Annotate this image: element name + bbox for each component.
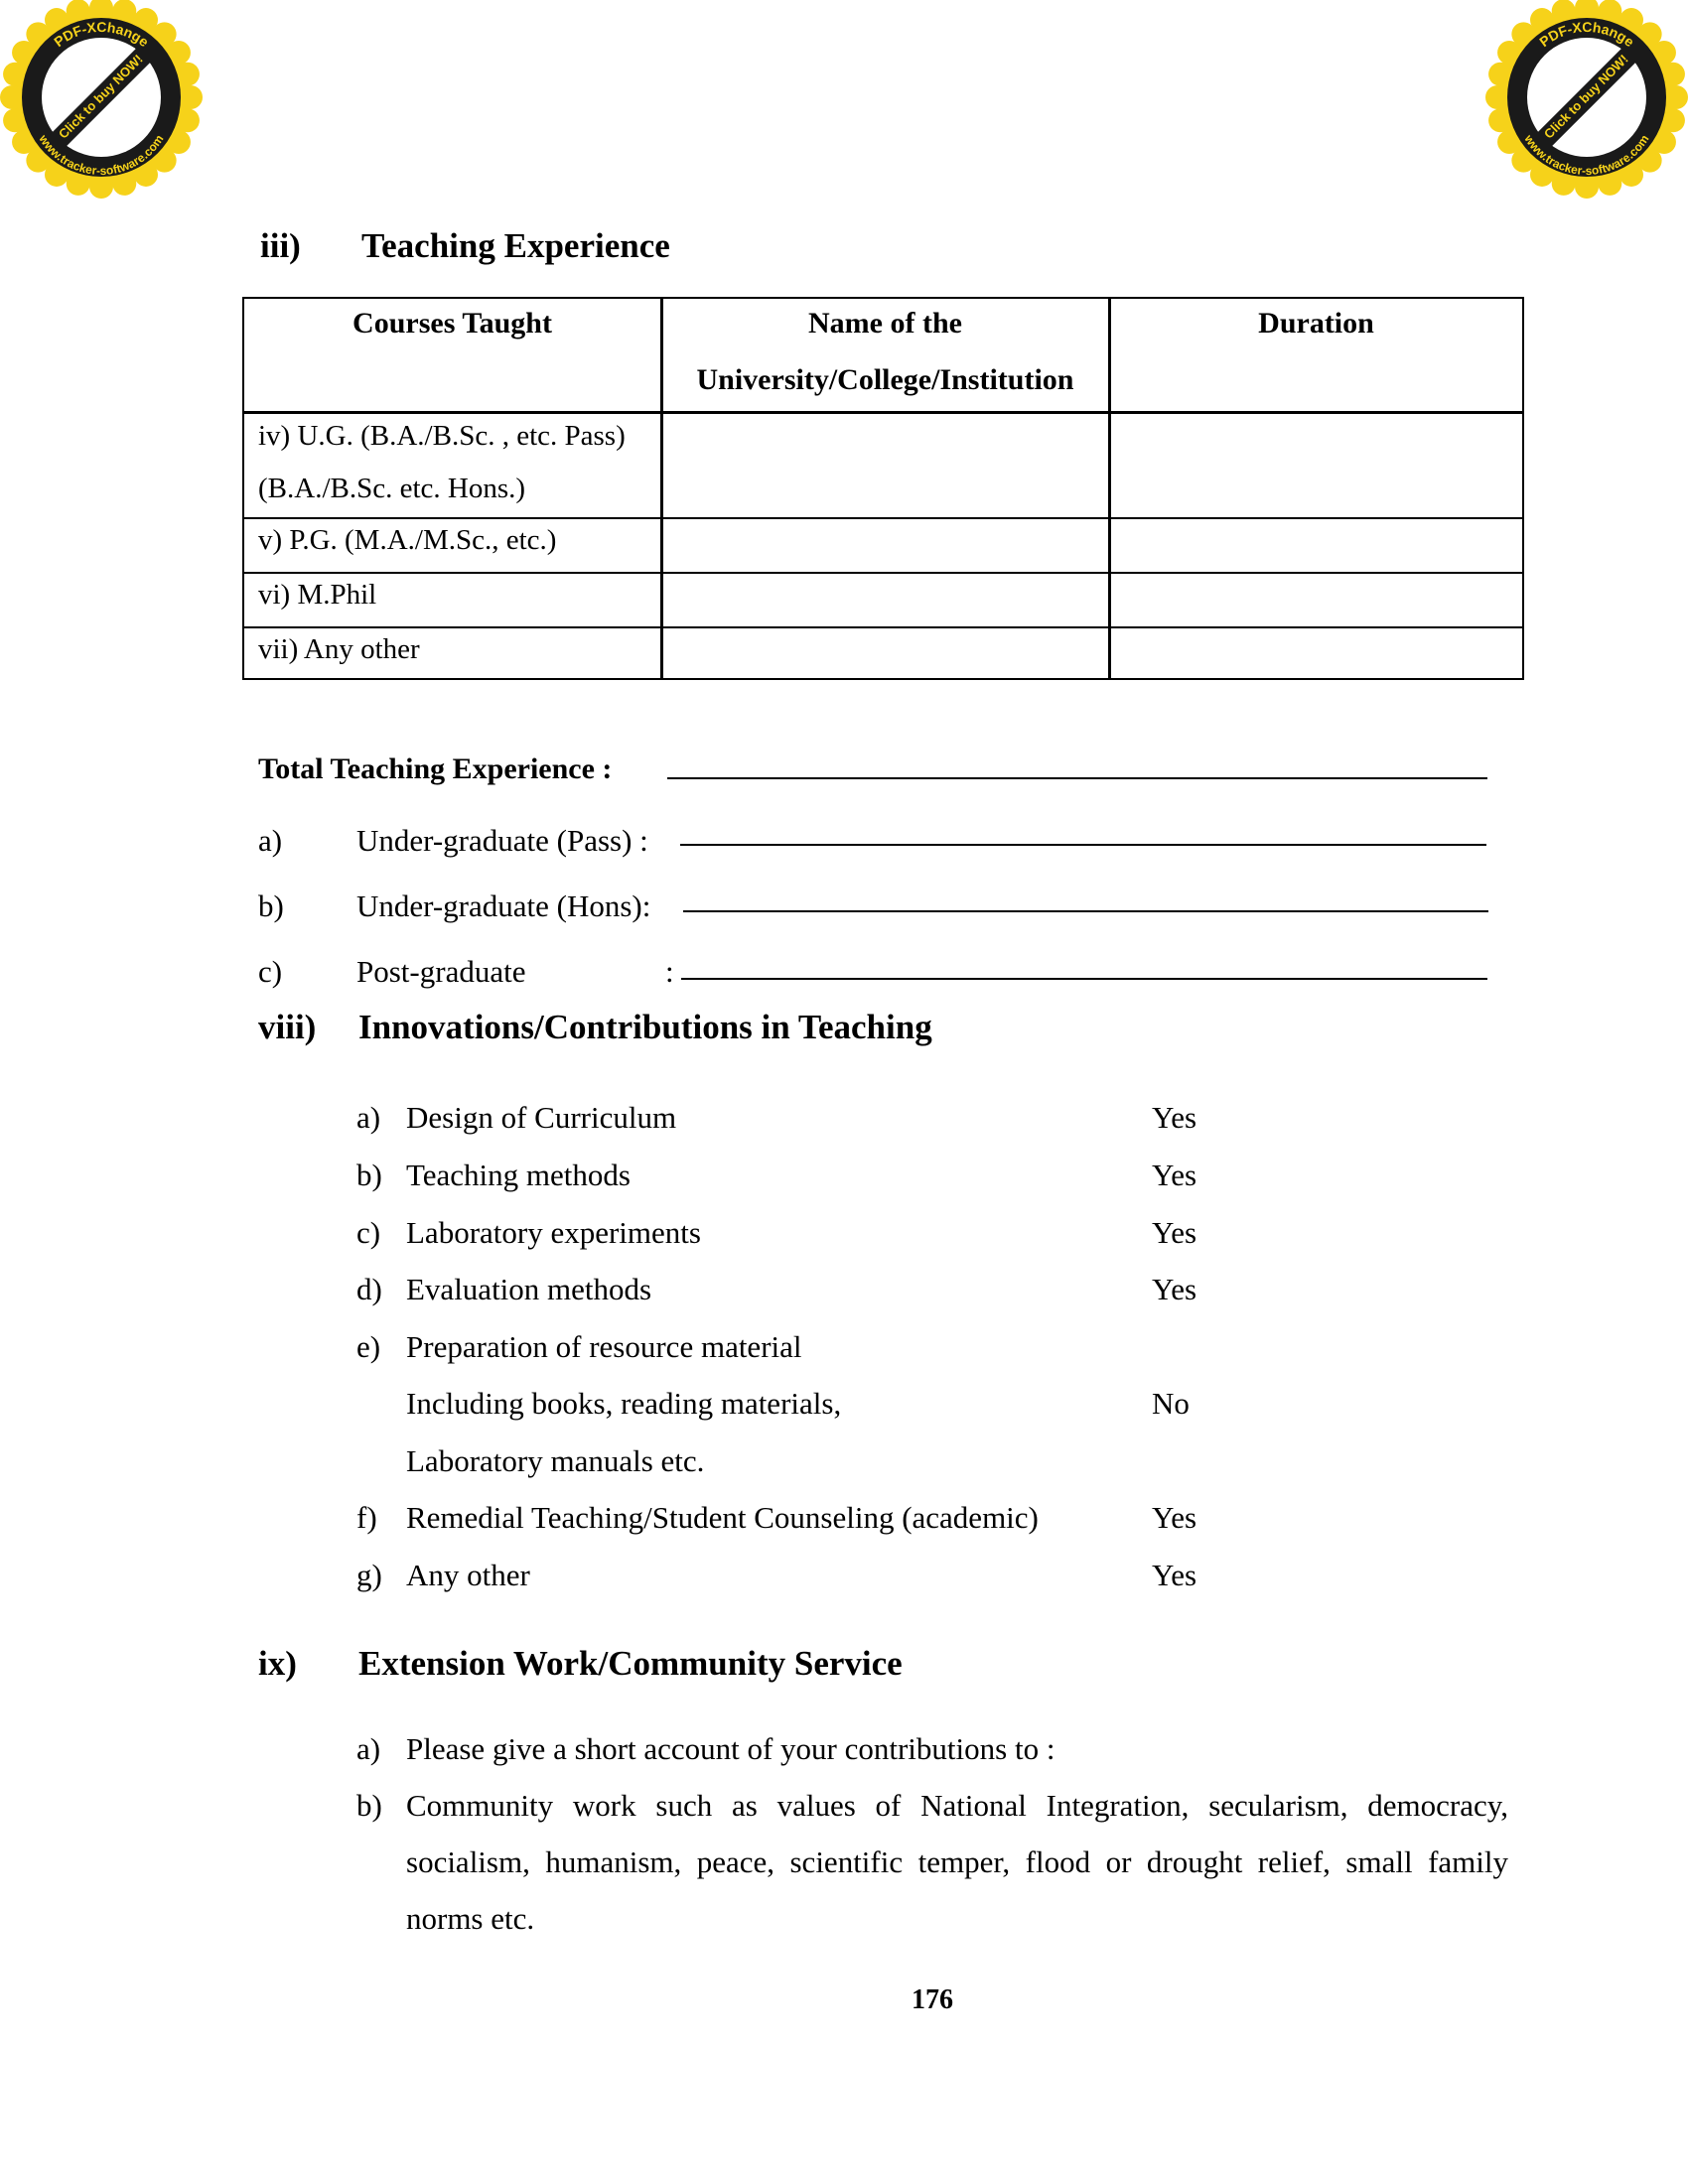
pg-field[interactable] — [681, 978, 1487, 980]
section-title-extension: Extension Work/Community Service — [358, 1644, 903, 1684]
list-marker: d) — [356, 1272, 382, 1307]
list-marker: f) — [356, 1500, 377, 1536]
ug-pass-label: Under-graduate (Pass) : — [356, 823, 648, 859]
total-experience-field[interactable] — [667, 777, 1487, 779]
list-item-label: Design of Curriculum — [406, 1100, 676, 1136]
list-item-label: Preparation of resource material — [406, 1329, 802, 1365]
section-title-innovations: Innovations/Contributions in Teaching — [358, 1008, 932, 1047]
pg-label: Post-graduate — [356, 954, 525, 990]
section-number-extension: ix) — [258, 1644, 297, 1684]
pg-colon: : — [665, 954, 674, 990]
list-item-answer: No — [1152, 1386, 1190, 1422]
total-experience-label: Total Teaching Experience : — [258, 751, 612, 787]
list-item-label: Remedial Teaching/Student Counseling (ac… — [406, 1500, 1039, 1536]
pdf-xchange-badge-left[interactable]: Click to buy NOW! PDF-XChange www.tracke… — [0, 0, 206, 202]
table-cell-institution-input[interactable] — [662, 414, 1108, 517]
extension-item-text: Please give a short account of your cont… — [406, 1731, 1055, 1767]
ug-hons-label: Under-graduate (Hons): — [356, 888, 650, 924]
page-number: 176 — [912, 1982, 953, 2018]
list-item-answer: Yes — [1152, 1100, 1196, 1136]
list-item-answer: Yes — [1152, 1500, 1196, 1536]
table-cell-course: vi) M.Phil — [258, 577, 376, 613]
list-marker: a) — [356, 1731, 380, 1767]
table-cell-institution-input[interactable] — [662, 628, 1108, 678]
list-item-answer: Yes — [1152, 1272, 1196, 1307]
pdf-xchange-badge-right[interactable]: Click to buy NOW! PDF-XChange www.tracke… — [1482, 0, 1688, 202]
list-marker: e) — [356, 1329, 380, 1365]
ug-hons-field[interactable] — [683, 910, 1488, 912]
list-marker: b) — [356, 1788, 382, 1824]
list-marker: b) — [356, 1158, 382, 1193]
list-item-label: Laboratory experiments — [406, 1215, 701, 1251]
table-cell-course: vii) Any other — [258, 631, 420, 667]
table-cell-course-line2: (B.A./B.Sc. etc. Hons.) — [258, 471, 525, 506]
table-cell-duration-input[interactable] — [1110, 519, 1520, 572]
table-cell-course: iv) U.G. (B.A./B.Sc. , etc. Pass) — [258, 418, 626, 454]
table-cell-institution-input[interactable] — [662, 574, 1108, 626]
table-cell-duration-input[interactable] — [1110, 414, 1520, 517]
table-header-duration: Duration — [1110, 295, 1522, 351]
list-marker: b) — [258, 888, 284, 924]
list-marker: c) — [258, 954, 282, 990]
list-item-label: Teaching methods — [406, 1158, 631, 1193]
ug-pass-field[interactable] — [680, 844, 1486, 846]
extension-item-text: Community work such as values of Nationa… — [406, 1777, 1508, 1947]
section-title-teaching: Teaching Experience — [361, 226, 670, 266]
section-number-teaching: iii) — [260, 226, 301, 266]
list-marker: a) — [356, 1100, 380, 1136]
list-marker: c) — [356, 1215, 380, 1251]
table-header-courses: Courses Taught — [244, 295, 660, 351]
section-number-innovations: viii) — [258, 1008, 316, 1047]
table-cell-duration-input[interactable] — [1110, 628, 1520, 678]
list-item-label-line3: Laboratory manuals etc. — [406, 1443, 704, 1479]
list-item-answer: Yes — [1152, 1158, 1196, 1193]
table-cell-institution-input[interactable] — [662, 519, 1108, 572]
list-marker: a) — [258, 823, 282, 859]
table-cell-duration-input[interactable] — [1110, 574, 1520, 626]
list-marker: g) — [356, 1558, 382, 1593]
list-item-answer: Yes — [1152, 1558, 1196, 1593]
table-cell-course: v) P.G. (M.A./M.Sc., etc.) — [258, 522, 556, 558]
list-item-label: Any other — [406, 1558, 530, 1593]
list-item-answer: Yes — [1152, 1215, 1196, 1251]
table-header-institution-line2: University/College/Institution — [662, 351, 1108, 408]
list-item-label: Evaluation methods — [406, 1272, 651, 1307]
table-header-institution-line1: Name of the — [662, 295, 1108, 351]
list-item-label-line2: Including books, reading materials, — [406, 1386, 841, 1422]
teaching-experience-table: Courses Taught Name of the University/Co… — [242, 297, 1524, 680]
